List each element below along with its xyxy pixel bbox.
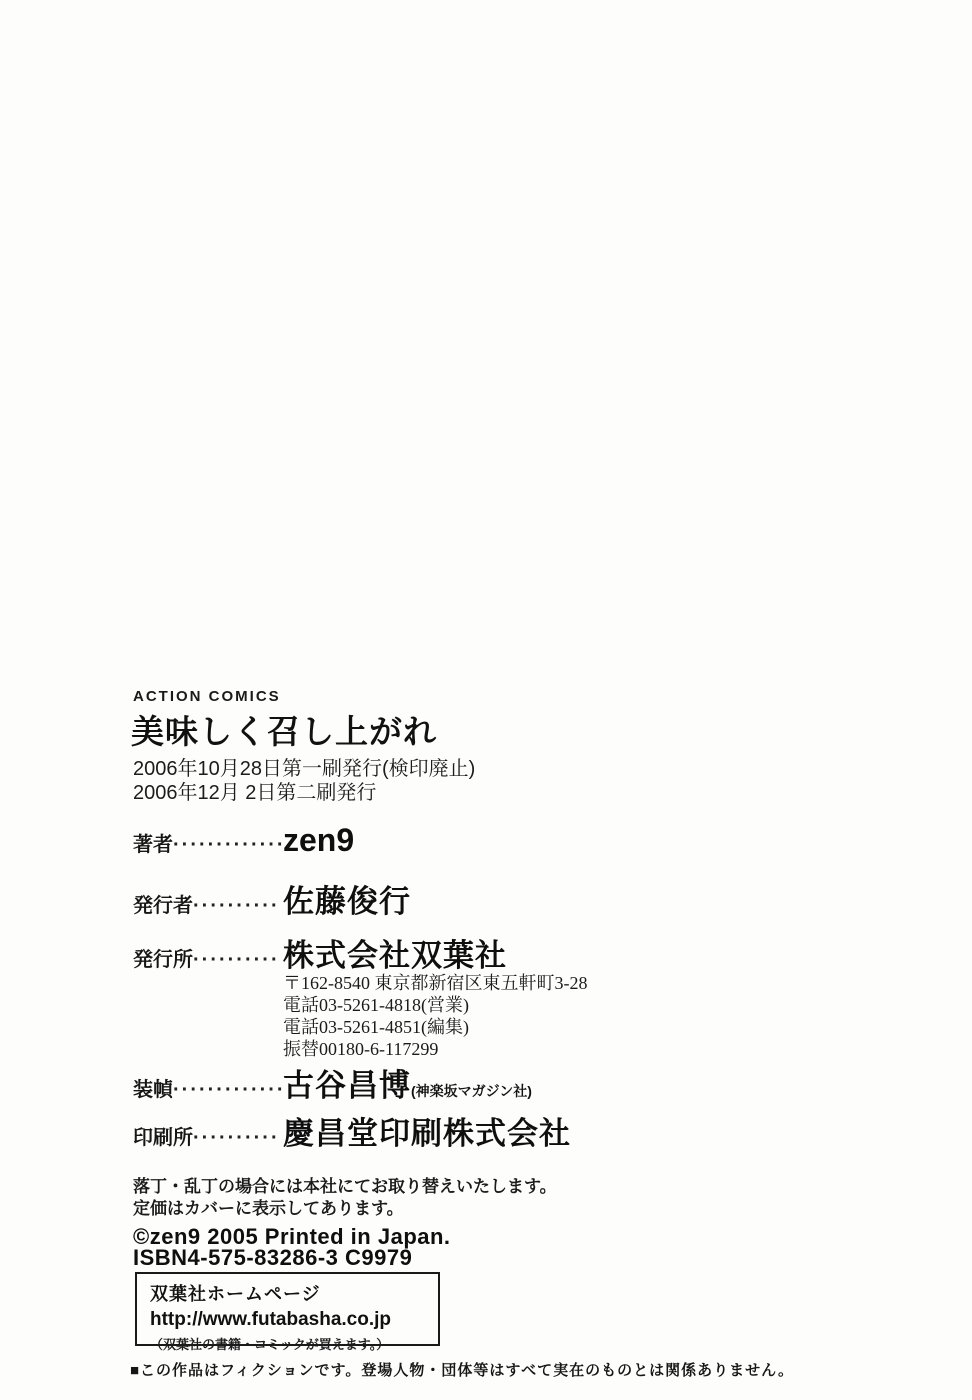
credit-label-text: 著者 [133,834,173,856]
dot-leader: ············· [173,834,283,856]
publisher-name: 佐藤俊行 [283,876,411,921]
credit-label-text: 印刷所 [133,1127,193,1149]
phone-sales: 電話03-5261-4818(営業) [283,994,588,1016]
second-printing-date: 2006年12月 2日第二刷発行 [133,781,475,805]
fiction-disclaimer: ■この作品はフィクションです。登場人物・団体等はすべて実在のものとは関係ありませ… [130,1359,794,1380]
dot-leader: ·········· [193,1127,280,1149]
credit-row-publishing-office: 発行所·········· 株式会社双葉社 [133,930,507,975]
credit-label: 発行所·········· [133,943,283,972]
book-title: 美味しく召し上がれ [131,706,437,753]
credit-row-printer: 印刷所·········· 慶昌堂印刷株式会社 [133,1108,571,1153]
credit-label-text: 発行者 [133,895,193,917]
credit-label: 発行者·········· [133,889,283,918]
homepage-box-title: 双葉社ホームページ [150,1280,438,1306]
printer-name: 慶昌堂印刷株式会社 [283,1108,571,1153]
author-name: zen9 [283,822,354,859]
purchase-notices: 落丁・乱丁の場合には本社にてお取り替えいたします。 定価はカバーに表示してありま… [133,1176,557,1220]
first-printing-date: 2006年10月28日第一刷発行(検印廃止) [133,757,475,781]
homepage-note: （双葉社の書籍・コミックが買えます。） [150,1334,438,1353]
dot-leader: ·········· [193,895,280,917]
credit-label-text: 装幀 [133,1079,173,1101]
credit-label-text: 発行所 [133,949,193,971]
dot-leader: ·········· [193,949,280,971]
credit-row-design: 装幀············· 古谷昌博 (神楽坂マガジン社) [133,1060,532,1105]
homepage-url: http://www.futabasha.co.jp [150,1309,438,1331]
colophon-page: ACTION COMICS 美味しく召し上がれ 2006年10月28日第一刷発行… [0,0,972,1400]
series-imprint: ACTION COMICS [133,688,281,705]
credit-row-author: 著者············· zen9 [133,822,354,859]
designer-affiliation: (神楽坂マガジン社) [411,1081,532,1101]
credit-label: 著者············· [133,828,283,857]
publisher-address-block: 〒162-8540 東京都新宿区東五軒町3-28 電話03-5261-4818(… [283,972,588,1060]
credit-label: 装幀············· [133,1073,283,1102]
credit-label: 印刷所·········· [133,1121,283,1150]
postal-transfer-account: 振替00180-6-117299 [283,1038,588,1060]
defective-copy-notice: 落丁・乱丁の場合には本社にてお取り替えいたします。 [133,1176,557,1198]
publishing-company-name: 株式会社双葉社 [283,930,507,975]
price-notice: 定価はカバーに表示してあります。 [133,1198,557,1220]
isbn-line: ISBN4-575-83286-3 C9979 [133,1245,412,1271]
designer-name: 古谷昌博 [283,1060,411,1105]
dot-leader: ············· [173,1079,283,1101]
print-dates: 2006年10月28日第一刷発行(検印廃止) 2006年12月 2日第二刷発行 [133,757,475,805]
publisher-homepage-box: 双葉社ホームページ http://www.futabasha.co.jp （双葉… [135,1272,440,1346]
credit-row-publisher: 発行者·········· 佐藤俊行 [133,876,411,921]
phone-editorial: 電話03-5261-4851(編集) [283,1016,588,1038]
postal-address: 〒162-8540 東京都新宿区東五軒町3-28 [283,972,588,994]
